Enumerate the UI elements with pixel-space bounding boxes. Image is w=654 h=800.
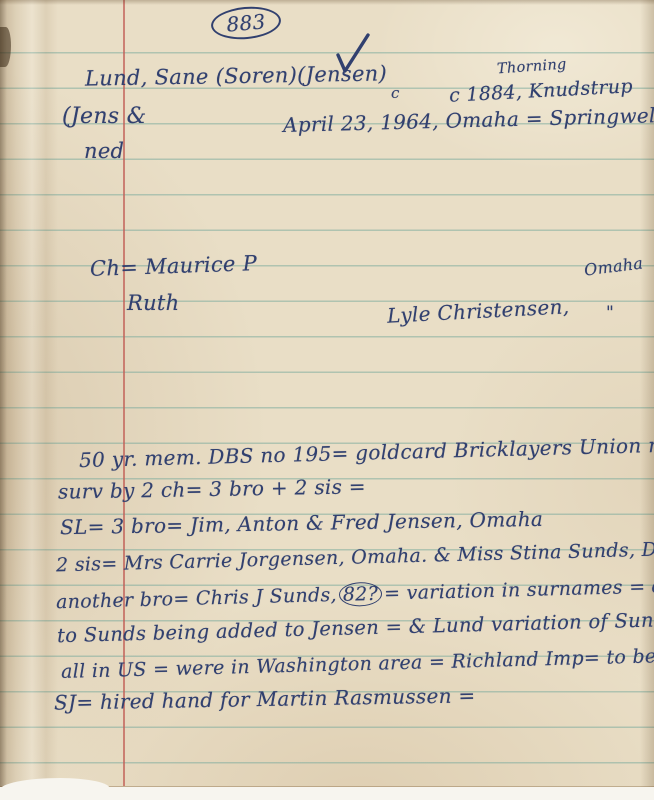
page-number: 883	[210, 4, 283, 42]
notes-line-6: to Sunds being added to Jensen = & Lund …	[57, 608, 654, 647]
page-torn-corner	[0, 778, 110, 790]
notes-line-3: SL= 3 bro= Jim, Anton & Fred Jensen, Oma…	[60, 507, 544, 539]
children-line-1: Ch= Maurice P	[90, 251, 258, 281]
page-binding-shadow	[0, 0, 58, 800]
ditto-mark: "	[606, 303, 614, 323]
entry-death-line: April 23, 1964, Omaha = Springwell	[283, 103, 654, 137]
page-edge-nick	[0, 27, 11, 67]
entry-parents-continuation: ned	[84, 139, 124, 163]
page-bottom-edge	[0, 787, 654, 800]
entry-birth-line: c 1884, Knudstrup	[449, 75, 634, 107]
children-line-2: Ruth	[127, 291, 180, 315]
page-top-shadow	[0, 0, 654, 5]
children-place: Omaha	[583, 253, 644, 279]
notes-line-4: 2 sis= Mrs Carrie Jorgensen, Omaha. & Mi…	[56, 538, 654, 577]
entry-birth-place-note: Thorning	[497, 57, 568, 78]
notes-line-8: SJ= hired hand for Martin Rasmussen =	[54, 683, 476, 714]
notes-line-7-text: all in US = were in Washington area = Ri…	[61, 644, 654, 683]
notebook-page: 883 Lund, Sane (Soren)(Jensen) c c 1884,…	[0, 0, 654, 800]
notes-line-5: another bro= Chris J Sunds,82?= variatio…	[56, 574, 654, 615]
entry-circa-mark: c	[391, 84, 400, 102]
notes-line-7: all in US = were in Washington area = Ri…	[61, 642, 654, 683]
notes-line-1: 50 yr. mem. DBS no 195= goldcard Brickla…	[79, 432, 654, 472]
notes-line-5-text-after: = variation in surnames = due	[384, 575, 654, 605]
circled-age: 82?	[339, 582, 383, 607]
entry-surname-line: Lund, Sane (Soren)(Jensen)	[85, 61, 387, 90]
entry-parents-line: (Jens &	[62, 104, 147, 129]
children-spouse: Lyle Christensen,	[386, 294, 569, 328]
notes-line-5-text: another bro= Chris J Sunds,	[56, 584, 337, 613]
notes-line-2: surv by 2 ch= 3 bro + 2 sis =	[58, 474, 366, 503]
